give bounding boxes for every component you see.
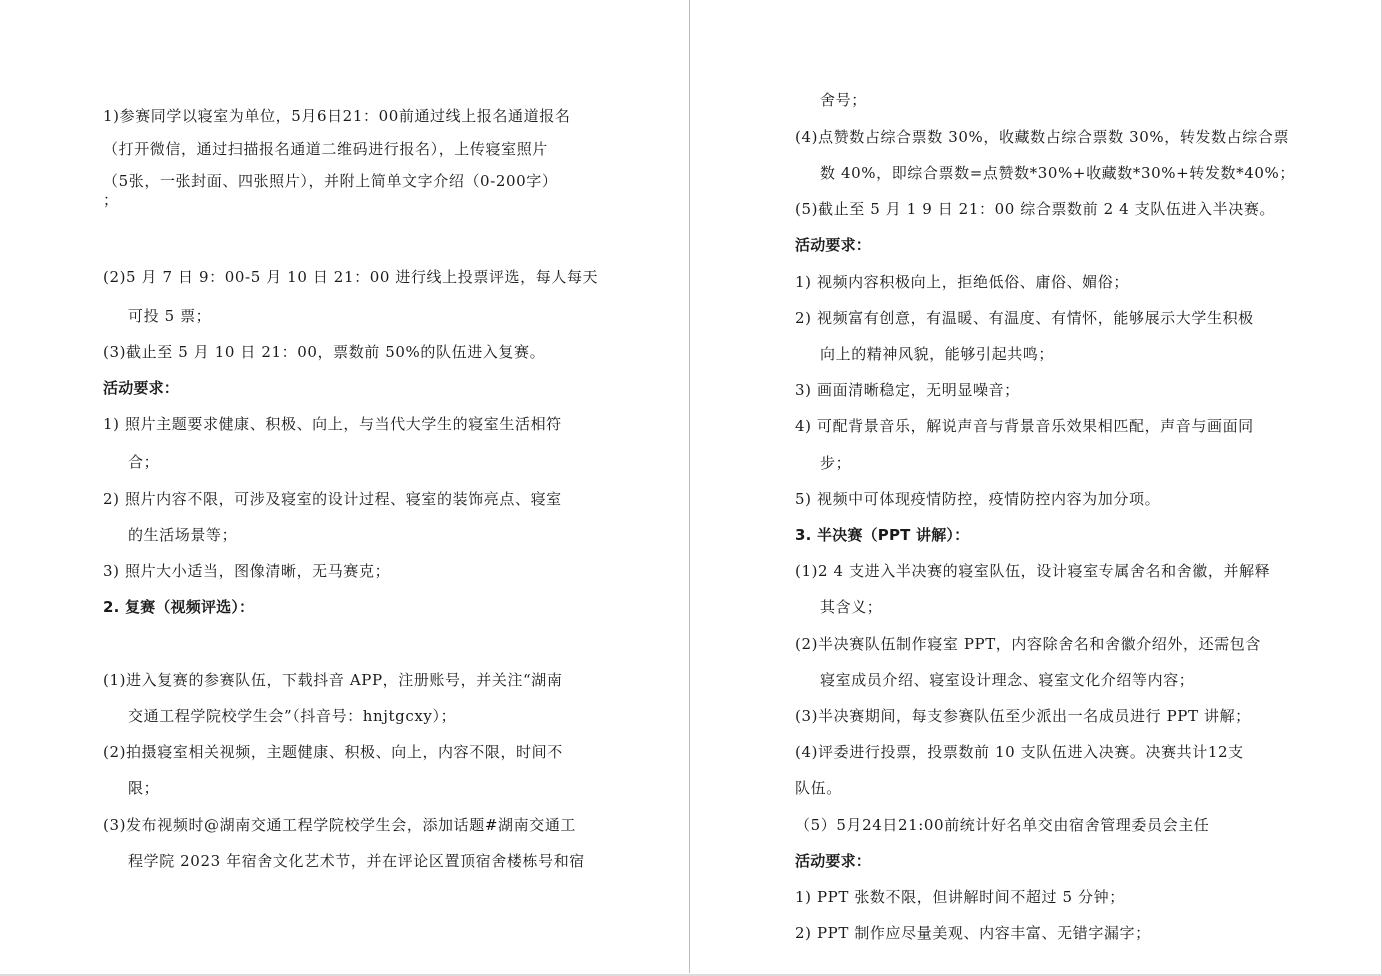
page-left: 1)参赛同学以寝室为单位，5月6日21：00前通过线上报名通道报名（打开微信，通…: [0, 0, 689, 973]
page-divider: [689, 0, 690, 973]
paragraph-line: 3) 照片大小适当，图像清晰，无马赛克；: [103, 561, 390, 581]
paragraph-line: (2)半决赛队伍制作寝室 PPT，内容除舍名和舍徽介绍外，还需包含: [795, 634, 1261, 654]
paragraph-line: 交通工程学院校学生会”（抖音号：hnjtgcxy）；: [128, 706, 456, 726]
paragraph-line: (4)点赞数占综合票数 30%，收藏数占综合票数 30%，转发数占综合票: [795, 127, 1289, 147]
paragraph-line: 5) 视频中可体现疫情防控，疫情防控内容为加分项。: [795, 489, 1160, 509]
paragraph-line: （5张，一张封面、四张照片），并附上简单文字介绍（0-200字）: [103, 171, 558, 191]
paragraph-line: 的生活场景等；: [128, 525, 237, 545]
section-heading: 活动要求：: [795, 851, 871, 871]
paragraph-line: 其含义；: [820, 597, 882, 617]
paragraph-line: 步；: [820, 453, 851, 473]
paragraph-line: 合；: [128, 452, 159, 472]
paragraph-line: (5)截止至 5 月 1 9 日 21：00 综合票数前 2 4 支队伍进入半决…: [795, 199, 1275, 219]
section-heading: 2. 复赛（视频评选）：: [103, 597, 254, 617]
paragraph-line: 可投 5 票；: [128, 306, 211, 326]
paragraph-line: 3) 画面清晰稳定，无明显噪音；: [795, 380, 1020, 400]
paragraph-line: 队伍。: [795, 778, 842, 798]
paragraph-line: 限；: [128, 778, 159, 798]
paragraph-line: (2)拍摄寝室相关视频，主题健康、积极、向上，内容不限，时间不: [103, 742, 563, 762]
paragraph-line: (3)截止至 5 月 10 日 21：00，票数前 50%的队伍进入复赛。: [103, 342, 545, 362]
paragraph-line: (4)评委进行投票，投票数前 10 支队伍进入决赛。决赛共计12支: [795, 742, 1244, 762]
paragraph-line: 2) 视频富有创意，有温暖、有温度、有情怀，能够展示大学生积极: [795, 308, 1254, 328]
paragraph-line: 1) 照片主题要求健康、积极、向上，与当代大学生的寝室生活相符: [103, 414, 562, 434]
paragraph-line: (3)发布视频时@湖南交通工程学院校学生会，添加话题#湖南交通工: [103, 815, 576, 835]
paragraph-line: 1)参赛同学以寝室为单位，5月6日21：00前通过线上报名通道报名: [103, 106, 570, 126]
section-heading: 3. 半决赛（PPT 讲解）：: [795, 525, 969, 545]
paragraph-line: （5）5月24日21:00前统计好名单交由宿舍管理委员会主任: [795, 815, 1209, 835]
paragraph-line: (2)5 月 7 日 9：00-5 月 10 日 21：00 进行线上投票评选，…: [103, 267, 598, 287]
document-viewer: 1)参赛同学以寝室为单位，5月6日21：00前通过线上报名通道报名（打开微信，通…: [0, 0, 1382, 976]
paragraph-line: ；: [103, 190, 119, 210]
paragraph-line: 寝室成员介绍、寝室设计理念、寝室文化介绍等内容；: [820, 670, 1194, 690]
section-heading: 活动要求：: [103, 378, 179, 398]
paragraph-line: 4) 可配背景音乐，解说声音与背景音乐效果相匹配，声音与画面同: [795, 416, 1254, 436]
paragraph-line: 2) PPT 制作应尽量美观、内容丰富、无错字漏字；: [795, 923, 1151, 943]
paragraph-line: (1)进入复赛的参赛队伍，下载抖音 APP，注册账号，并关注“湖南: [103, 670, 563, 690]
paragraph-line: 向上的精神风貌，能够引起共鸣；: [820, 344, 1054, 364]
paragraph-line: 1) 视频内容积极向上，拒绝低俗、庸俗、媚俗；: [795, 272, 1129, 292]
paragraph-line: 2) 照片内容不限，可涉及寝室的设计过程、寝室的装饰亮点、寝室: [103, 489, 562, 509]
section-heading: 活动要求：: [795, 235, 871, 255]
paragraph-line: （打开微信，通过扫描报名通道二维码进行报名），上传寝室照片: [103, 139, 548, 159]
paragraph-line: (1)2 4 支进入半决赛的寝室队伍，设计寝室专属舍名和舍徽，并解释: [795, 561, 1270, 581]
paragraph-line: 数 40%，即综合票数=点赞数*30%+收藏数*30%+转发数*40%；: [820, 163, 1295, 183]
paragraph-line: 舍号；: [820, 90, 867, 110]
paragraph-line: (3)半决赛期间，每支参赛队伍至少派出一名成员进行 PPT 讲解；: [795, 706, 1251, 726]
page-right: 舍号；(4)点赞数占综合票数 30%，收藏数占综合票数 30%，转发数占综合票数…: [691, 0, 1379, 973]
paragraph-line: 程学院 2023 年宿舍文化艺术节，并在评论区置顶宿舍楼栋号和宿: [128, 851, 585, 871]
paragraph-line: 1) PPT 张数不限，但讲解时间不超过 5 分钟；: [795, 887, 1125, 907]
